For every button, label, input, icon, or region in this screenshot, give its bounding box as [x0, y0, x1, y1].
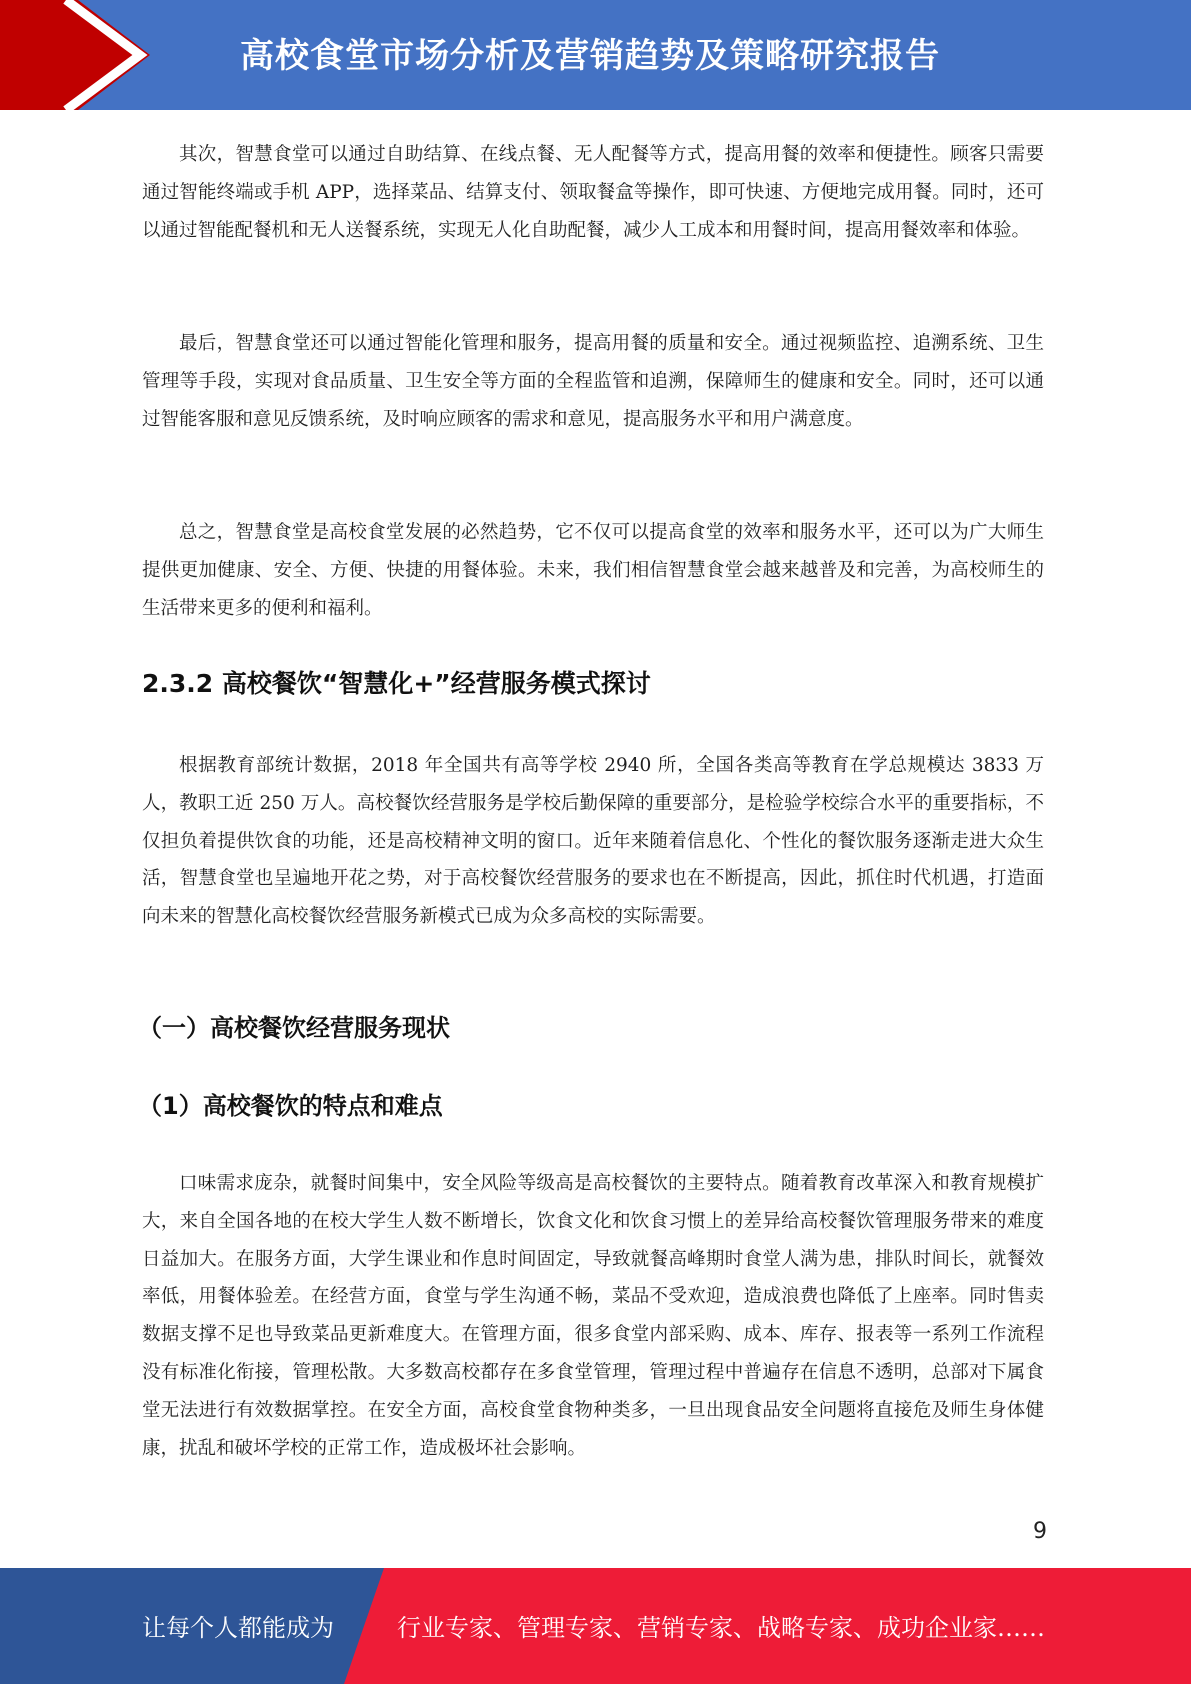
paragraph-text: 总之，智慧食堂是高校食堂发展的必然趋势，它不仅可以提高食堂的效率和服务水平，还可…: [142, 514, 1044, 627]
paragraph: 其次，智慧食堂可以通过自助结算、在线点餐、无人配餐等方式，提高用餐的效率和便捷性…: [142, 136, 1044, 249]
subsection-heading: （一）高校餐饮经营服务现状: [138, 1008, 1040, 1043]
paragraph: 根据教育部统计数据，2018 年全国共有高等学校 2940 所，全国各类高等教育…: [142, 747, 1044, 936]
footer-slogan-right: 行业专家、管理专家、营销专家、战略专家、成功企业家……: [397, 1608, 1045, 1643]
paragraph-text: 口味需求庞杂，就餐时间集中，安全风险等级高是高校餐饮的主要特点。随着教育改革深入…: [142, 1165, 1044, 1467]
section-heading: 2.3.2 高校餐饮“智慧化+”经营服务模式探讨: [142, 664, 1044, 700]
subsection-heading: （1）高校餐饮的特点和难点: [138, 1086, 1040, 1121]
paragraph-text: 根据教育部统计数据，2018 年全国共有高等学校 2940 所，全国各类高等教育…: [142, 747, 1044, 936]
paragraph-text: 最后，智慧食堂还可以通过智能化管理和服务，提高用餐的质量和安全。通过视频监控、追…: [142, 325, 1044, 438]
arrow-chevron-icon: [0, 0, 160, 110]
page-number: 9: [1033, 1519, 1047, 1544]
paragraph: 口味需求庞杂，就餐时间集中，安全风险等级高是高校餐饮的主要特点。随着教育改革深入…: [142, 1165, 1044, 1467]
paragraph-text: 其次，智慧食堂可以通过自助结算、在线点餐、无人配餐等方式，提高用餐的效率和便捷性…: [142, 136, 1044, 249]
heading-item-one: （1）高校餐饮的特点和难点: [138, 1086, 1040, 1121]
page-footer: 让每个人都能成为 行业专家、管理专家、营销专家、战略专家、成功企业家……: [0, 1568, 1191, 1684]
paragraph: 最后，智慧食堂还可以通过智能化管理和服务，提高用餐的质量和安全。通过视频监控、追…: [142, 325, 1044, 438]
paragraph: 总之，智慧食堂是高校食堂发展的必然趋势，它不仅可以提高食堂的效率和服务水平，还可…: [142, 514, 1044, 627]
heading-part-one: （一）高校餐饮经营服务现状: [138, 1008, 1040, 1043]
heading-2-3-2: 2.3.2 高校餐饮“智慧化+”经营服务模式探讨: [142, 664, 1044, 700]
page-header: 高校食堂市场分析及营销趋势及策略研究报告: [0, 0, 1191, 110]
footer-slogan-left: 让每个人都能成为: [142, 1608, 334, 1643]
report-title: 高校食堂市场分析及营销趋势及策略研究报告: [240, 28, 940, 77]
